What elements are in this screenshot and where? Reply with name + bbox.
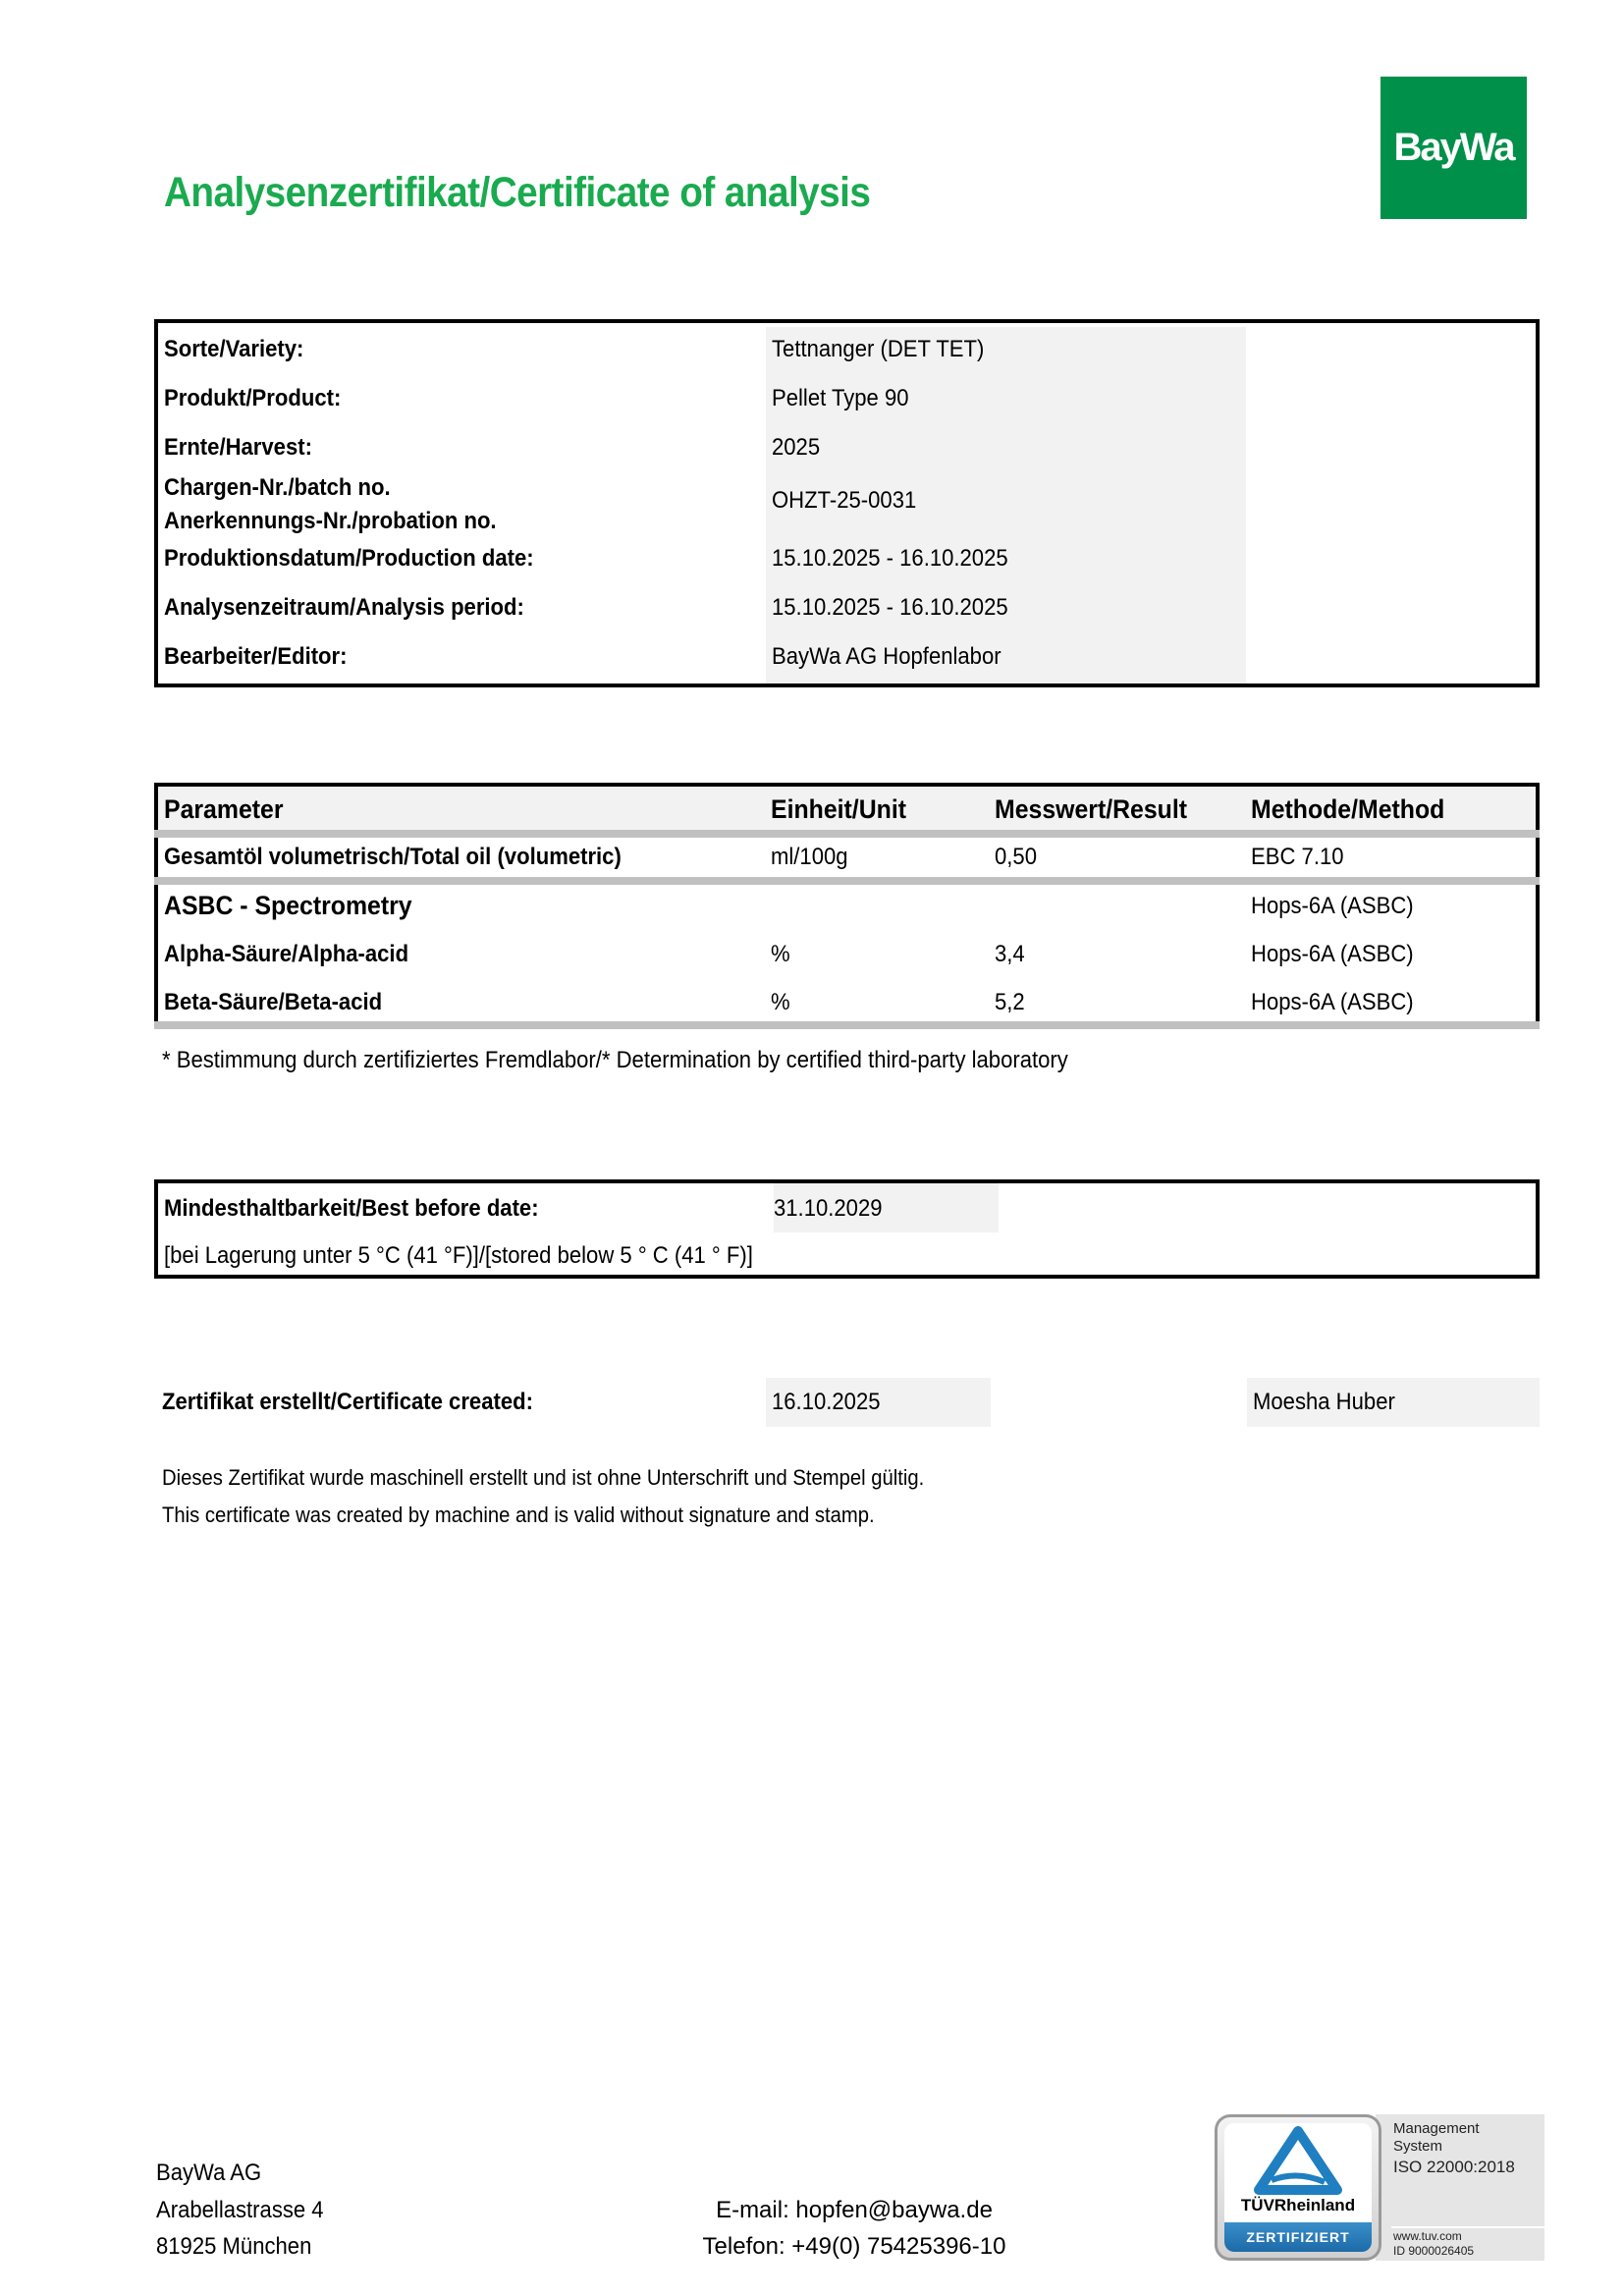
column-header-result: Messwert/Result — [995, 794, 1187, 825]
info-label: Analysenzeitraum/Analysis period: — [164, 594, 524, 622]
tuv-certification-badge: TÜVRheinland ZERTIFIZIERT Management Sys… — [1215, 2114, 1544, 2261]
info-row-editor: Bearbeiter/Editor: BayWa AG Hopfenlabor — [158, 632, 1536, 682]
info-value: BayWa AG Hopfenlabor — [772, 643, 1001, 671]
footer-city: 81925 München — [156, 2233, 311, 2261]
tuv-seal: TÜVRheinland ZERTIFIZIERT — [1215, 2114, 1381, 2261]
footnote: * Bestimmung durch zertifiziertes Fremdl… — [162, 1047, 1068, 1074]
result-unit: % — [771, 941, 790, 968]
table-bottom-bar — [154, 1021, 1540, 1029]
tuv-id: ID 9000026405 — [1393, 2244, 1474, 2258]
result-parameter: Beta-Säure/Beta-acid — [164, 989, 382, 1016]
footer-email: E-mail: hopfen@baywa.de — [609, 2197, 1100, 2224]
best-before-date: 31.10.2029 — [774, 1195, 883, 1223]
info-row-variety: Sorte/Variety: Tettnanger (DET TET) — [158, 325, 1536, 374]
info-label: Chargen-Nr./batch no. — [164, 474, 391, 502]
info-label: Produkt/Product: — [164, 385, 341, 412]
page-title: Analysenzertifikat/Certificate of analys… — [164, 169, 870, 217]
result-value: 5,2 — [995, 989, 1025, 1016]
info-label: Sorte/Variety: — [164, 336, 303, 363]
footer-phone: Telefon: +49(0) 75425396-10 — [609, 2233, 1100, 2261]
result-unit: % — [771, 989, 790, 1016]
info-value: 2025 — [772, 434, 820, 462]
column-header-parameter: Parameter — [164, 794, 284, 825]
result-value: 0,50 — [995, 844, 1037, 871]
tuv-triangle-icon — [1224, 2123, 1372, 2197]
info-label-secondary: Anerkennungs-Nr./probation no. — [164, 508, 497, 535]
result-method: Hops-6A (ASBC) — [1251, 893, 1414, 920]
result-section-heading: ASBC - Spectrometry — [164, 891, 412, 921]
result-parameter: Gesamtöl volumetrisch/Total oil (volumet… — [164, 844, 622, 871]
certified-label: ZERTIFIZIERT — [1224, 2222, 1372, 2252]
system-line-2: System — [1393, 2138, 1442, 2155]
info-value: OHZT-25-0031 — [772, 487, 916, 515]
best-before-label: Mindesthaltbarkeit/Best before date: — [164, 1195, 539, 1223]
best-before-table: Mindesthaltbarkeit/Best before date: 31.… — [154, 1179, 1540, 1279]
certificate-author: Moesha Huber — [1253, 1389, 1395, 1416]
info-row-production-date: Produktionsdatum/Production date: 15.10.… — [158, 534, 1536, 583]
info-value: Tettnanger (DET TET) — [772, 336, 984, 363]
column-header-unit: Einheit/Unit — [771, 794, 906, 825]
footer-street: Arabellastrasse 4 — [156, 2197, 324, 2224]
footer-company: BayWa AG — [156, 2159, 261, 2187]
certificate-created-date: 16.10.2025 — [772, 1389, 881, 1416]
info-label: Produktionsdatum/Production date: — [164, 545, 534, 573]
row-separator — [154, 877, 1540, 885]
results-table: Parameter Einheit/Unit Messwert/Result M… — [154, 783, 1540, 1028]
system-line-1: Management — [1393, 2120, 1480, 2137]
row-separator — [154, 830, 1540, 838]
column-header-method: Methode/Method — [1251, 794, 1444, 825]
disclaimer-de: Dieses Zertifikat wurde maschinell erste… — [162, 1465, 924, 1491]
result-method: EBC 7.10 — [1251, 844, 1344, 871]
result-value: 3,4 — [995, 941, 1025, 968]
baywa-logo: BayWa — [1380, 77, 1527, 219]
result-parameter: Alpha-Säure/Alpha-acid — [164, 941, 408, 968]
info-label: Bearbeiter/Editor: — [164, 643, 348, 671]
logo-text: BayWa — [1394, 126, 1514, 170]
iso-standard: ISO 22000:2018 — [1393, 2158, 1515, 2177]
info-row-batch: Chargen-Nr./batch no. Anerkennungs-Nr./p… — [158, 468, 1536, 533]
tuv-website: www.tuv.com — [1393, 2229, 1462, 2243]
certificate-created-label: Zertifikat erstellt/Certificate created: — [162, 1389, 533, 1416]
info-value: 15.10.2025 - 16.10.2025 — [772, 545, 1008, 573]
storage-note: [bei Lagerung unter 5 °C (41 °F)]/[store… — [164, 1242, 753, 1270]
info-row-product: Produkt/Product: Pellet Type 90 — [158, 374, 1536, 423]
result-method: Hops-6A (ASBC) — [1251, 941, 1414, 968]
info-row-analysis-period: Analysenzeitraum/Analysis period: 15.10.… — [158, 583, 1536, 632]
product-info-table: Sorte/Variety: Tettnanger (DET TET) Prod… — [154, 319, 1540, 687]
result-method: Hops-6A (ASBC) — [1251, 989, 1414, 1016]
info-value: 15.10.2025 - 16.10.2025 — [772, 594, 1008, 622]
info-row-harvest: Ernte/Harvest: 2025 — [158, 423, 1536, 472]
disclaimer-en: This certificate was created by machine … — [162, 1503, 875, 1528]
tuv-brand: TÜVRheinland — [1224, 2196, 1372, 2215]
badge-divider — [1391, 2226, 1544, 2228]
info-value: Pellet Type 90 — [772, 385, 909, 412]
info-label: Ernte/Harvest: — [164, 434, 312, 462]
result-unit: ml/100g — [771, 844, 848, 871]
